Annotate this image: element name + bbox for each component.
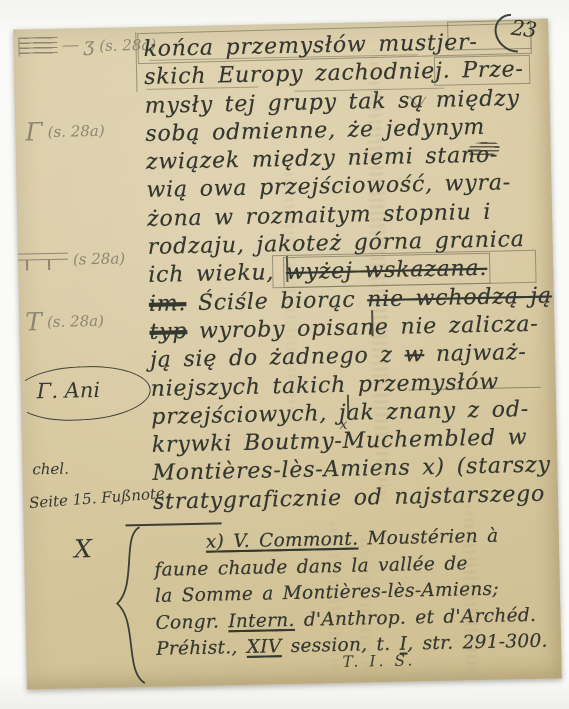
reference-label: (s. 28a) (47, 311, 104, 330)
manuscript-paper: x 23 ʒ (s. 28a) Γ (s. 28a) (s 28a) T (s.… (13, 18, 562, 689)
footnote-block: x) V. Commont. Moustérien à faune chaude… (154, 522, 569, 664)
main-text-block: końca przemysłów mustjer- skich Europy z… (143, 27, 563, 517)
margin-note-4: T (s. 28a) (25, 308, 104, 335)
struck-text: typ (149, 319, 187, 345)
margin-note-8: X (74, 534, 92, 563)
struck-text: im. (149, 291, 187, 317)
struck-text: wyżej wskazana. (286, 256, 488, 285)
margin-note-2: Γ (s. 28a) (25, 118, 105, 145)
margin-note-7: Seite 15. Fußnote. (29, 484, 171, 512)
hatched-flag-icon (18, 37, 57, 57)
margin-symbol: ʒ (83, 36, 94, 55)
underlined-text: x) V. Commont. (206, 529, 359, 553)
margin-note-6: chel. (32, 460, 69, 479)
reference-label: (s. 28a) (47, 121, 104, 140)
margin-note-1: ʒ (s. 28a) (18, 35, 156, 57)
curly-brace-icon (110, 525, 153, 690)
footnote-separator (126, 522, 222, 526)
struck-text: nie wchodzą ją (367, 283, 552, 312)
scanned-page: x 23 ʒ (s. 28a) Γ (s. 28a) (s 28a) T (s.… (0, 0, 569, 709)
circled-note: Γ. Ani (36, 378, 100, 403)
initials: T. I. S. (342, 651, 415, 671)
underlined-text: XIV (247, 637, 282, 659)
margin-symbol: Γ (25, 119, 43, 144)
margin-symbol: T (25, 309, 42, 334)
flag-stem-icon (62, 45, 78, 46)
reference-label: (s 28a) (73, 249, 126, 268)
double-pi-icon (18, 251, 68, 270)
underlined-text: Intern. (228, 610, 295, 632)
struck-text: w (404, 342, 424, 367)
margin-note-3: (s 28a) (18, 249, 126, 269)
